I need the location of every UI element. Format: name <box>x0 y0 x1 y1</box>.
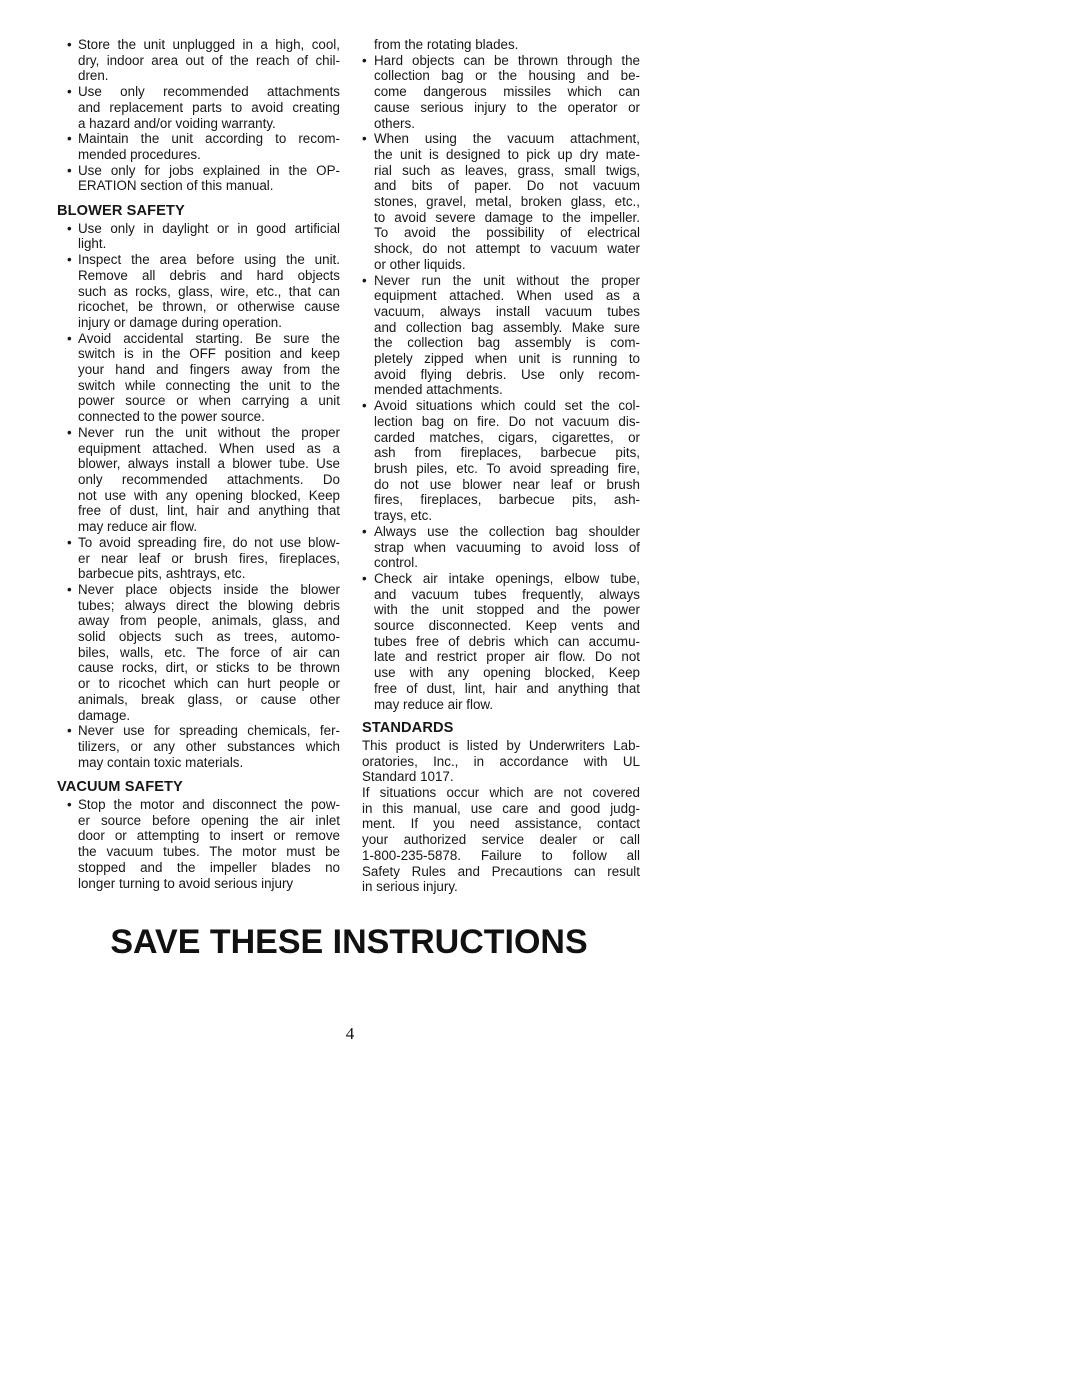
text-line: fires, fireplaces, barbecue pits, ash- <box>374 492 640 508</box>
bullet-text: Maintain the unit according to recom-men… <box>78 131 340 162</box>
text-line: to avoid severe damage to the impeller. <box>374 210 640 226</box>
section-heading-standards: STANDARDS <box>362 721 640 737</box>
list-item: •When using the vacuum attachment,the un… <box>362 131 640 272</box>
text-line: and collection bag assembly. Make sure <box>374 320 640 336</box>
text-line: brush piles, etc. To avoid spreading fir… <box>374 461 640 477</box>
bullet-text: Use only for jobs explained in the OP-ER… <box>78 163 340 194</box>
text-line: stones, gravel, metal, broken glass, etc… <box>374 194 640 210</box>
vacuum-bullet-list: •Stop the motor and disconnect the pow-e… <box>57 797 340 891</box>
intro-bullet-list: •Store the unit unplugged in a high, coo… <box>57 37 340 194</box>
text-line: cause serious injury to the operator or <box>374 100 640 116</box>
text-line: light. <box>78 236 340 252</box>
list-item: •Hard objects can be thrown through thec… <box>362 53 640 132</box>
text-line: the collection bag assembly is com- <box>374 335 640 351</box>
text-line: door or attempting to insert or remove <box>78 828 340 844</box>
bullet-icon: • <box>67 582 72 598</box>
text-line: er near leaf or brush fires, fireplaces, <box>78 551 340 567</box>
list-item: •Store the unit unplugged in a high, coo… <box>57 37 340 84</box>
text-line: carded matches, cigars, cigarettes, or <box>374 430 640 446</box>
text-line: or to ricochet which can hurt people or <box>78 676 340 692</box>
bullet-text: To avoid spreading fire, do not use blow… <box>78 535 340 582</box>
text-line: Stop the motor and disconnect the pow- <box>78 797 340 813</box>
bullet-icon: • <box>67 221 72 237</box>
text-line: tilizers, or any other substances which <box>78 739 340 755</box>
text-line: and vacuum tubes frequently, always <box>374 587 640 603</box>
text-line: control. <box>374 555 640 571</box>
bullet-text: Check air intake openings, elbow tube,an… <box>374 571 640 712</box>
bullet-text: Inspect the area before using the unit.R… <box>78 252 340 331</box>
text-line: Hard objects can be thrown through the <box>374 53 640 69</box>
text-line: Store the unit unplugged in a high, cool… <box>78 37 340 53</box>
bullet-icon: • <box>67 37 72 53</box>
text-line: rial such as leaves, grass, small twigs, <box>374 163 640 179</box>
bullet-text: Never run the unit without the properequ… <box>78 425 340 535</box>
text-line: Check air intake openings, elbow tube, <box>374 571 640 587</box>
bullet-text: Use only recommended attachmentsand repl… <box>78 84 340 131</box>
text-line: source disconnected. Keep vents and <box>374 618 640 634</box>
continuation-text: from the rotating blades. <box>362 37 640 53</box>
text-line: away from people, animals, glass, and <box>78 613 340 629</box>
right-column: from the rotating blades. •Hard objects … <box>362 37 640 895</box>
list-item: •Use only in daylight or in good artific… <box>57 221 340 252</box>
text-line: not use with any opening blocked, Keep <box>78 488 340 504</box>
section-heading-blower-safety: BLOWER SAFETY <box>57 204 340 220</box>
text-line: equipment attached. When used as a <box>374 288 640 304</box>
text-line: Maintain the unit according to recom- <box>78 131 340 147</box>
text-line: power source or when carrying a unit <box>78 393 340 409</box>
text-line: mended procedures. <box>78 147 340 163</box>
list-item: •Maintain the unit according to recom-me… <box>57 131 340 162</box>
bullet-text: Always use the collection bag shoulderst… <box>374 524 640 571</box>
list-item: •Never run the unit without the propereq… <box>362 273 640 399</box>
manual-page: •Store the unit unplugged in a high, coo… <box>0 0 1080 1397</box>
bullet-icon: • <box>67 331 72 347</box>
text-line: free of dust, lint, hair and anything th… <box>374 681 640 697</box>
text-line: Safety Rules and Precautions can result <box>362 864 640 880</box>
list-item: •Never place objects inside the blowertu… <box>57 582 340 723</box>
text-line: Inspect the area before using the unit. <box>78 252 340 268</box>
text-line: When using the vacuum attachment, <box>374 131 640 147</box>
list-item: •Check air intake openings, elbow tube,a… <box>362 571 640 712</box>
bullet-text: Never run the unit without the properequ… <box>374 273 640 399</box>
text-line: equipment attached. When used as a <box>78 441 340 457</box>
text-line: stopped and the impeller blades no <box>78 860 340 876</box>
bullet-icon: • <box>67 163 72 179</box>
bullet-text: Never use for spreading chemicals, fer-t… <box>78 723 340 770</box>
text-line: switch is in the OFF position and keep <box>78 346 340 362</box>
text-line: Use only for jobs explained in the OP- <box>78 163 340 179</box>
text-line: er source before opening the air inlet <box>78 813 340 829</box>
bullet-icon: • <box>67 723 72 739</box>
bullet-text: Store the unit unplugged in a high, cool… <box>78 37 340 84</box>
text-line: Never run the unit without the proper <box>78 425 340 441</box>
text-line: may contain toxic materials. <box>78 755 340 771</box>
text-line: To avoid the possibility of electrical <box>374 225 640 241</box>
text-line: lection bag on fire. Do not vacuum dis- <box>374 414 640 430</box>
text-line: come dangerous missiles which can <box>374 84 640 100</box>
text-line: cause rocks, dirt, or sticks to be throw… <box>78 660 340 676</box>
bullet-icon: • <box>67 252 72 268</box>
text-line: longer turning to avoid serious injury <box>78 876 340 892</box>
text-line: do not use blower near leaf or brush <box>374 477 640 493</box>
list-item: •Avoid situations which could set the co… <box>362 398 640 524</box>
text-line: animals, break glass, or cause other <box>78 692 340 708</box>
text-line: Avoid situations which could set the col… <box>374 398 640 414</box>
text-line: tubes; always direct the blowing debris <box>78 598 340 614</box>
text-line: such as rocks, glass, wire, etc., that c… <box>78 284 340 300</box>
text-line: tubes free of debris which can accumu- <box>374 634 640 650</box>
text-line: strap when vacuuming to avoid loss of <box>374 540 640 556</box>
text-line: If situations occur which are not covere… <box>362 785 640 801</box>
bullet-text: Use only in daylight or in good artifici… <box>78 221 340 252</box>
text-line: may reduce air flow. <box>78 519 340 535</box>
text-line: pletely zipped when unit is running to <box>374 351 640 367</box>
text-line: dren. <box>78 68 340 84</box>
list-item: •Always use the collection bag shoulders… <box>362 524 640 571</box>
text-line: may reduce air flow. <box>374 697 640 713</box>
text-line: a hazard and/or voiding warranty. <box>78 116 340 132</box>
bullet-icon: • <box>67 84 72 100</box>
text-line: avoid flying debris. Use only recom- <box>374 367 640 383</box>
text-line: free of dust, lint, hair and anything th… <box>78 503 340 519</box>
text-line: in serious injury. <box>362 879 640 895</box>
text-line: Never use for spreading chemicals, fer- <box>78 723 340 739</box>
text-line: from the rotating blades. <box>374 37 640 53</box>
text-line: mended attachments. <box>374 382 640 398</box>
list-item: •Never use for spreading chemicals, fer-… <box>57 723 340 770</box>
list-item: •Stop the motor and disconnect the pow-e… <box>57 797 340 891</box>
text-line: only recommended attachments. Do <box>78 472 340 488</box>
text-line: Remove all debris and hard objects <box>78 268 340 284</box>
text-line: oratories, Inc., in accordance with UL <box>362 754 640 770</box>
text-line: ash from fireplaces, barbecue pits, <box>374 445 640 461</box>
standards-paragraph: If situations occur which are not covere… <box>362 785 640 895</box>
text-line: in this manual, use care and good judg- <box>362 801 640 817</box>
bullet-icon: • <box>67 535 72 551</box>
save-these-instructions-heading: SAVE THESE INSTRUCTIONS <box>57 924 641 960</box>
text-line: Use only recommended attachments <box>78 84 340 100</box>
bullet-text: Avoid situations which could set the col… <box>374 398 640 524</box>
text-line: connected to the power source. <box>78 409 340 425</box>
bullet-icon: • <box>67 131 72 147</box>
text-line: barbecue pits, ashtrays, etc. <box>78 566 340 582</box>
text-line: Standard 1017. <box>362 769 640 785</box>
text-line: switch while connecting the unit to the <box>78 378 340 394</box>
section-heading-vacuum-safety: VACUUM SAFETY <box>57 780 340 796</box>
list-item: •Use only for jobs explained in the OP-E… <box>57 163 340 194</box>
text-line: your hand and fingers away from the <box>78 362 340 378</box>
text-line: or other liquids. <box>374 257 640 273</box>
vacuum-bullet-list-continued: •Hard objects can be thrown through thec… <box>362 53 640 713</box>
blower-bullet-list: •Use only in daylight or in good artific… <box>57 221 340 771</box>
text-line: and replacement parts to avoid creating <box>78 100 340 116</box>
text-line: 1-800-235-5878. Failure to follow all <box>362 848 640 864</box>
list-item: •Use only recommended attachmentsand rep… <box>57 84 340 131</box>
bullet-text: Never place objects inside the blowertub… <box>78 582 340 723</box>
bullet-icon: • <box>67 797 72 813</box>
text-line: the unit is designed to pick up dry mate… <box>374 147 640 163</box>
bullet-text: When using the vacuum attachment,the uni… <box>374 131 640 272</box>
bullet-icon: • <box>362 571 367 587</box>
text-line: late and restrict proper air flow. Do no… <box>374 649 640 665</box>
text-line: Use only in daylight or in good artifici… <box>78 221 340 237</box>
text-line: collection bag or the housing and be- <box>374 68 640 84</box>
text-line: and bits of paper. Do not vacuum <box>374 178 640 194</box>
left-column: •Store the unit unplugged in a high, coo… <box>57 37 340 891</box>
standards-paragraph: This product is listed by Underwriters L… <box>362 738 640 785</box>
text-line: your authorized service dealer or call <box>362 832 640 848</box>
text-line: vacuum, always install vacuum tubes <box>374 304 640 320</box>
text-line: Never run the unit without the proper <box>374 273 640 289</box>
text-line: with the unit stopped and the power <box>374 602 640 618</box>
text-line: trays, etc. <box>374 508 640 524</box>
text-line: blower, always install a blower tube. Us… <box>78 456 340 472</box>
text-line: damage. <box>78 708 340 724</box>
list-item: •Never run the unit without the propereq… <box>57 425 340 535</box>
text-line: injury or damage during operation. <box>78 315 340 331</box>
bullet-icon: • <box>362 53 367 69</box>
text-line: ricochet, be thrown, or otherwise cause <box>78 299 340 315</box>
text-line: To avoid spreading fire, do not use blow… <box>78 535 340 551</box>
bullet-icon: • <box>362 131 367 147</box>
text-line: This product is listed by Underwriters L… <box>362 738 640 754</box>
text-line: ment. If you need assistance, contact <box>362 816 640 832</box>
list-item: •Avoid accidental starting. Be sure thes… <box>57 331 340 425</box>
text-line: Avoid accidental starting. Be sure the <box>78 331 340 347</box>
text-line: others. <box>374 116 640 132</box>
bullet-text: Avoid accidental starting. Be sure thesw… <box>78 331 340 425</box>
text-line: ERATION section of this manual. <box>78 178 340 194</box>
bullet-icon: • <box>362 398 367 414</box>
text-line: Never place objects inside the blower <box>78 582 340 598</box>
bullet-text: Stop the motor and disconnect the pow-er… <box>78 797 340 891</box>
bullet-icon: • <box>362 524 367 540</box>
bullet-icon: • <box>362 273 367 289</box>
text-line: dry, indoor area out of the reach of chi… <box>78 53 340 69</box>
text-line: shock, do not attempt to vacuum water <box>374 241 640 257</box>
page-number: 4 <box>57 1024 643 1044</box>
text-line: biles, walls, etc. The force of air can <box>78 645 340 661</box>
text-line: the vacuum tubes. The motor must be <box>78 844 340 860</box>
list-item: •To avoid spreading fire, do not use blo… <box>57 535 340 582</box>
list-item: •Inspect the area before using the unit.… <box>57 252 340 331</box>
text-line: use with any opening blocked, Keep <box>374 665 640 681</box>
text-line: solid objects such as trees, automo- <box>78 629 340 645</box>
text-line: Always use the collection bag shoulder <box>374 524 640 540</box>
bullet-icon: • <box>67 425 72 441</box>
bullet-text: Hard objects can be thrown through theco… <box>374 53 640 132</box>
